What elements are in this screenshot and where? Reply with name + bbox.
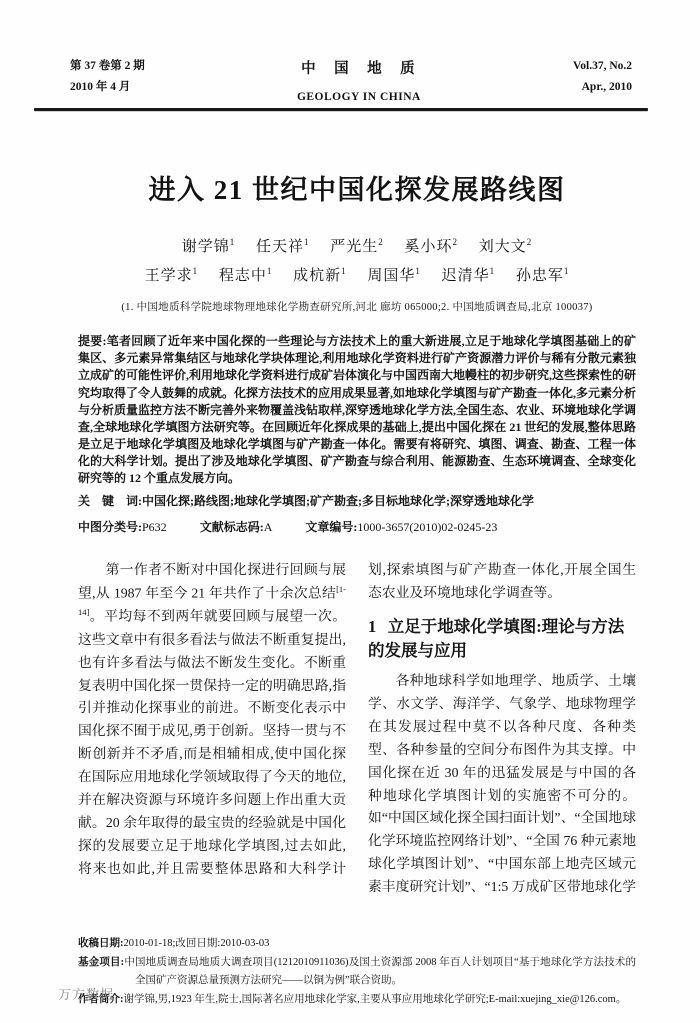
two-column-text: 第一作者不断对中国化探进行回顾与展望,从 1987 年至今 21 年共作了十余次… xyxy=(78,559,636,917)
issue-volume-en: Vol.37, No.2 xyxy=(573,56,632,77)
classification-line: 中图分类号:P632 文献标志码:A 文章编号:1000-3657(2010)0… xyxy=(78,518,636,537)
document-code: 文献标志码:A xyxy=(200,520,273,534)
author: 周国华1 xyxy=(367,268,421,284)
affiliation: (1. 中国地质科学院地球物理地球化学勘查研究所,河北 廊坊 065000;2.… xyxy=(78,299,636,314)
authors-row-1: 谢学锦1 任天祥1 严光生2 奚小环2 刘大文2 xyxy=(78,235,636,256)
article-id: 文章编号:1000-3657(2010)02-0245-23 xyxy=(305,520,497,534)
section-heading-1: 1立足于地球化学填图:理论与方法的发展与应用 xyxy=(368,615,636,665)
abstract: 提要:笔者回顾了近年来中国化探的一些理论与方法技术上的重大新进展,立足于地球化学… xyxy=(78,333,636,487)
journal-page: 第 37 卷第 2 期 2010 年 4 月 中 国 地 质 GEOLOGY I… xyxy=(0,0,700,1023)
wanfang-watermark: 万方数据 xyxy=(58,984,114,1003)
author: 成杭新1 xyxy=(293,268,347,284)
issue-date-en: Apr., 2010 xyxy=(573,77,632,98)
keywords-text: 中国化探;路线图;地球化学填图;矿产勘查;多目标地球化学;深穿透地球化学 xyxy=(142,494,534,508)
header-volume-block: Vol.37, No.2 Apr., 2010 xyxy=(573,56,632,99)
journal-header: 第 37 卷第 2 期 2010 年 4 月 中 国 地 质 GEOLOGY I… xyxy=(0,0,700,108)
clc-number: 中图分类号:P632 xyxy=(78,520,167,534)
footnotes: 收稿日期:2010-01-18;改回日期:2010-03-03 基金项目:中国地… xyxy=(78,935,636,1010)
author: 奚小环2 xyxy=(405,239,459,255)
journal-title-en: GEOLOGY IN CHINA xyxy=(297,87,421,108)
author: 迟清华1 xyxy=(442,268,496,284)
author: 孙忠军1 xyxy=(516,268,570,284)
keywords-label: 关 键 词: xyxy=(78,494,142,508)
abstract-text: 笔者回顾了近年来中国化探的一些理论与方法技术上的重大新进展,立足于地球化学填图基… xyxy=(78,334,636,485)
author: 严光生2 xyxy=(330,239,384,255)
author: 程志中1 xyxy=(219,268,273,284)
received-date: 收稿日期:2010-01-18;改回日期:2010-03-03 xyxy=(78,935,636,954)
authors-row-2: 王学求1 程志中1 成杭新1 周国华1 迟清华1 孙忠军1 xyxy=(78,264,636,285)
journal-title-cn: 中 国 地 质 xyxy=(297,56,421,83)
issue-volume-cn: 第 37 卷第 2 期 xyxy=(70,56,145,77)
paragraph-2: 各种地球科学如地理学、地质学、土壤学、水文学、海洋学、气象学、地球物理学在其发展… xyxy=(368,559,636,917)
author: 任天祥1 xyxy=(256,239,310,255)
article-title: 进入 21 世纪中国化探发展路线图 xyxy=(78,168,636,207)
author: 刘大文2 xyxy=(479,239,533,255)
header-issue-block: 第 37 卷第 2 期 2010 年 4 月 xyxy=(70,56,145,99)
abstract-label: 提要: xyxy=(78,334,106,348)
author-bio: 作者简介:谢学锦,男,1923 年生,院士,国际著名应用地球化学家,主要从事应用… xyxy=(78,991,636,1010)
keywords: 关 键 词:中国化探;路线图;地球化学填图;矿产勘查;多目标地球化学;深穿透地球… xyxy=(78,492,636,511)
header-journal-block: 中 国 地 质 GEOLOGY IN CHINA xyxy=(297,56,421,108)
article-body: 进入 21 世纪中国化探发展路线图 谢学锦1 任天祥1 严光生2 奚小环2 刘大… xyxy=(0,168,700,1010)
fund-project: 基金项目:中国地质调查局地质大调查项目(1212010911036)及国土资源部… xyxy=(78,954,636,991)
author: 王学求1 xyxy=(145,268,199,284)
issue-date-cn: 2010 年 4 月 xyxy=(70,77,145,98)
header-rule xyxy=(34,108,648,111)
author: 谢学锦1 xyxy=(182,239,236,255)
